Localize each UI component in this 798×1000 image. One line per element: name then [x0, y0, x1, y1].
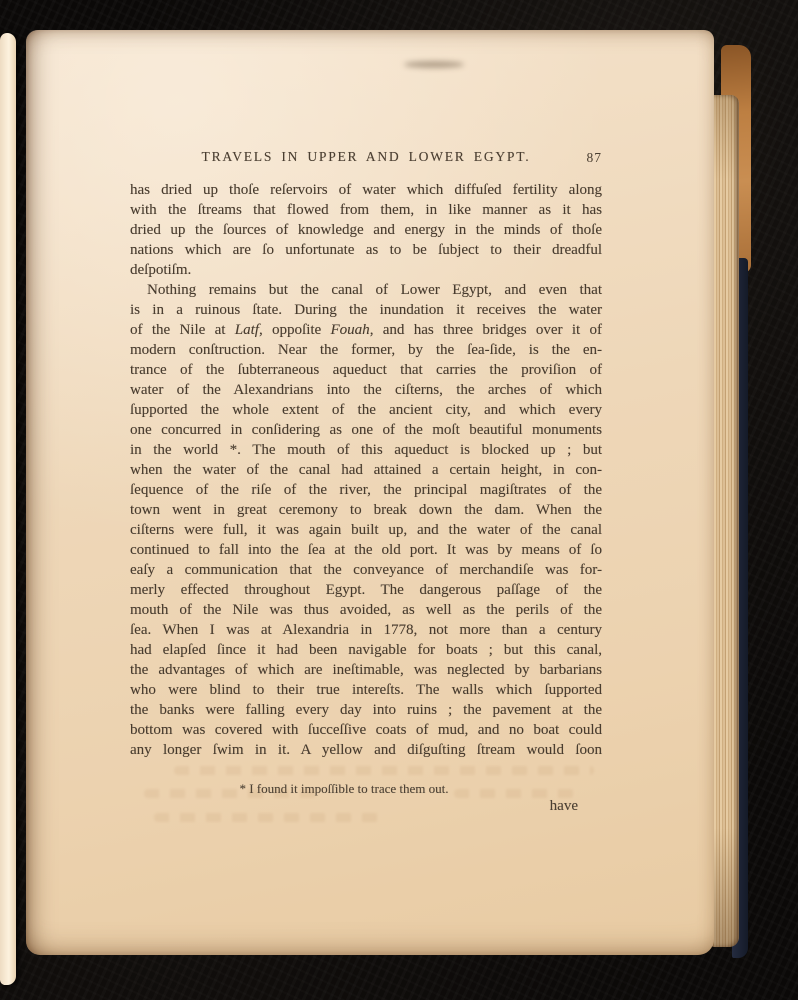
- text-segment: of the Nile at: [130, 322, 235, 338]
- text-line: deſpotiſm.: [130, 260, 602, 280]
- page-fore-edge-stack: [711, 95, 739, 947]
- photo-background: TRAVELS IN UPPER AND LOWER EGYPT. 87 has…: [0, 0, 798, 1000]
- text-line: continued to fall into the ſea at the ol…: [130, 540, 602, 560]
- text-line: any longer ſwim in it. A yellow and diſg…: [130, 740, 602, 760]
- body-text: has dried up thoſe reſervoirs of water w…: [130, 180, 602, 760]
- text-line: Nothing remains but the canal of Lower E…: [130, 280, 602, 300]
- page-edge-smudge: [404, 61, 464, 68]
- text-line: ſequence of the riſe of the river, the p…: [130, 480, 602, 500]
- text-line: with the ſtreams that flowed from them, …: [130, 200, 602, 220]
- text-line: of the Nile at Latf, oppoſite Fouah, and…: [130, 320, 602, 340]
- text-line: water of the Alexandrians into the ciſte…: [130, 380, 602, 400]
- verso-show-through: [454, 789, 574, 798]
- text-line: merly effected throughout Egypt. The dan…: [130, 580, 602, 600]
- text-line: ciſterns were full, it was again built u…: [130, 520, 602, 540]
- text-line: who were blind to their true intereſts. …: [130, 680, 602, 700]
- text-line: trance of the ſubterraneous aqueduct tha…: [130, 360, 602, 380]
- text-line: bottom was covered with ſucceſſive coats…: [130, 720, 602, 740]
- running-header: TRAVELS IN UPPER AND LOWER EGYPT. 87: [130, 146, 602, 170]
- text-line: the advantages of which are ineſtimable,…: [130, 660, 602, 680]
- text-line: modern conſtruction. Near the former, by…: [130, 340, 602, 360]
- text-line: in the world *. The mouth of this aquedu…: [130, 440, 602, 460]
- italic-text: Latf: [235, 322, 259, 338]
- text-line: is in a ruinous ſtate. During the inunda…: [130, 300, 602, 320]
- text-line: has dried up thoſe reſervoirs of water w…: [130, 180, 602, 200]
- italic-text: Fouah: [331, 322, 370, 338]
- text-segment: , oppoſite: [259, 322, 331, 338]
- text-line: had elapſed ſince it had been navigable …: [130, 640, 602, 660]
- text-line: nations which are ſo unfortunate as to b…: [130, 240, 602, 260]
- underlying-page-edge: [0, 33, 16, 985]
- text-line: dried up the ſources of knowledge and en…: [130, 220, 602, 240]
- text-line: the banks were falling every day into ru…: [130, 700, 602, 720]
- text-line: when the water of the canal had attained…: [130, 460, 602, 480]
- catchword: have: [550, 798, 578, 815]
- verso-show-through: [154, 813, 379, 822]
- text-line: mouth of the Nile was thus avoided, as w…: [130, 600, 602, 620]
- text-line: one concurred in conſidering as one of t…: [130, 420, 602, 440]
- running-header-title: TRAVELS IN UPPER AND LOWER EGYPT.: [130, 149, 602, 165]
- verso-show-through: [144, 789, 324, 798]
- verso-show-through: [174, 766, 594, 775]
- book-page: TRAVELS IN UPPER AND LOWER EGYPT. 87 has…: [26, 30, 714, 955]
- text-line: town went in great ceremony to break dow…: [130, 500, 602, 520]
- page-number: 87: [587, 150, 603, 166]
- text-line: ſupported the whole extent of the ancien…: [130, 400, 602, 420]
- text-line: eaſy a communication that the conveyance…: [130, 560, 602, 580]
- text-segment: , and has three bridges over it of: [370, 322, 602, 338]
- text-line: ſea. When I was at Alexandria in 1778, n…: [130, 620, 602, 640]
- text-block: TRAVELS IN UPPER AND LOWER EGYPT. 87 has…: [130, 146, 602, 170]
